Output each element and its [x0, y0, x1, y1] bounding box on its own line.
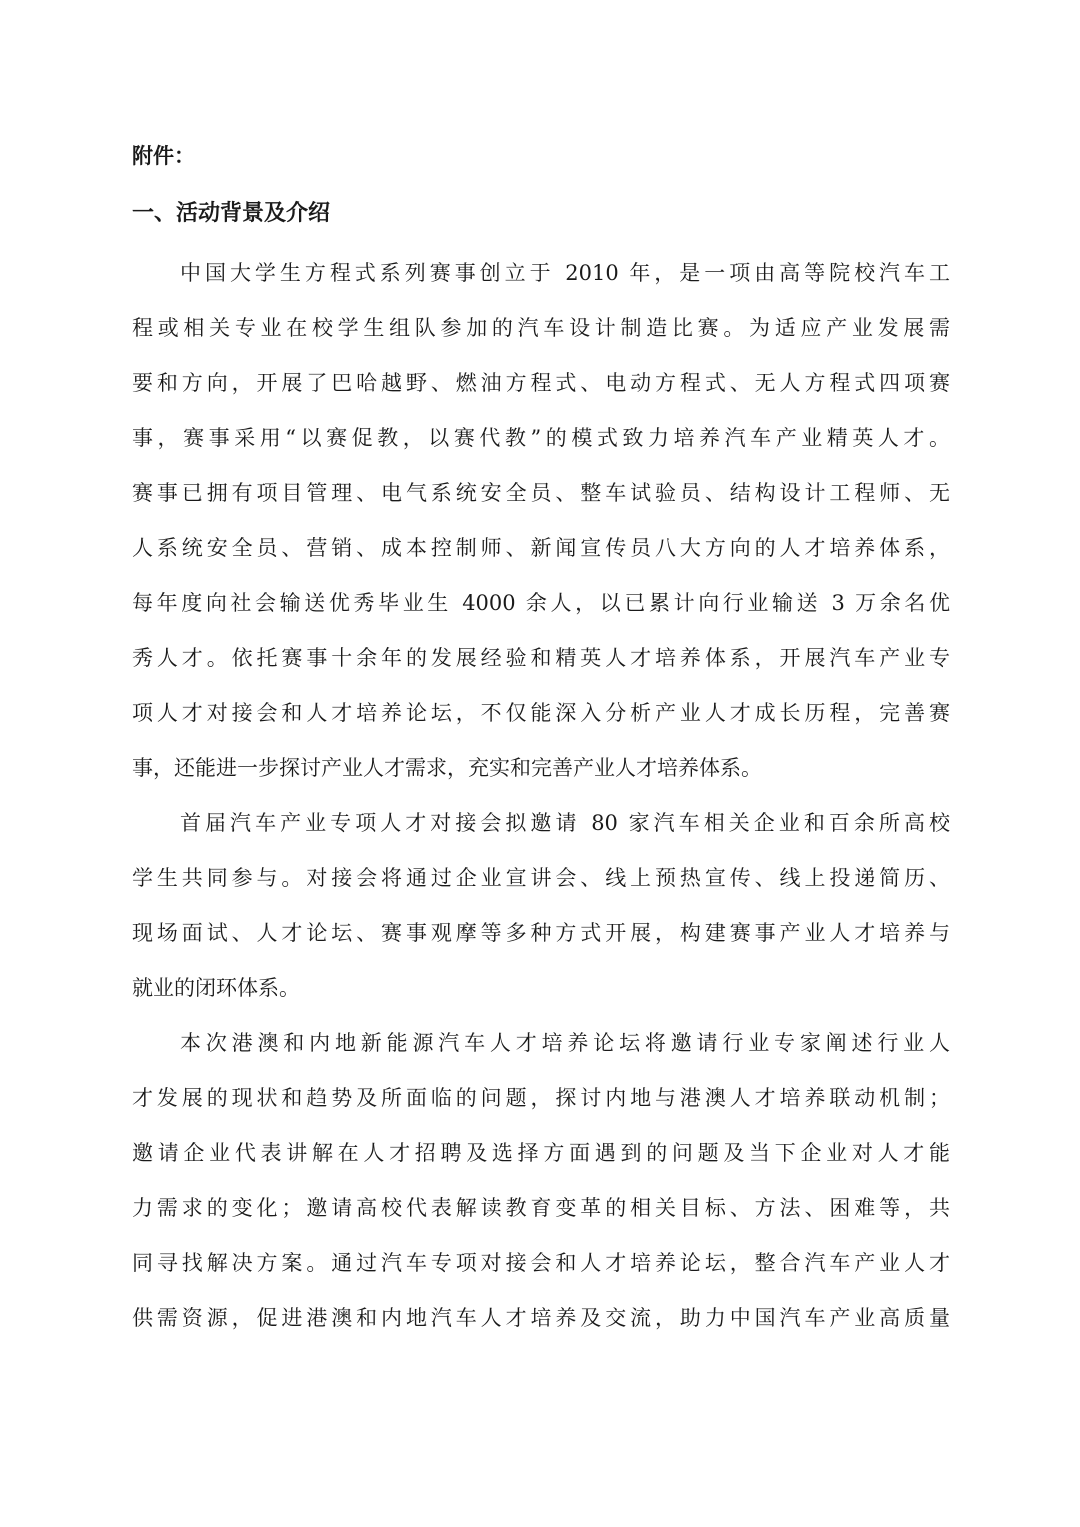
paragraph-1-line: 中国大学生方程式系列赛事创立于 2010 年，是一项由高等院校汽车工	[180, 258, 950, 288]
paragraph-3-line: 力需求的变化；邀请高校代表解读教育变革的相关目标、方法、困难等，共	[132, 1193, 950, 1223]
paragraph-3-line: 才发展的现状和趋势及所面临的问题，探讨内地与港澳人才培养联动机制；	[132, 1083, 950, 1113]
paragraph-1-line: 要和方向，开展了巴哈越野、燃油方程式、电动方程式、无人方程式四项赛	[132, 368, 950, 398]
paragraph-1-line: 程或相关专业在校学生组队参加的汽车设计制造比赛。为适应产业发展需	[132, 313, 950, 343]
paragraph-1-line: 人系统安全员、营销、成本控制师、新闻宣传员八大方向的人才培养体系，	[132, 533, 950, 563]
paragraph-2-line: 学生共同参与。对接会将通过企业宣讲会、线上预热宣传、线上投递简历、	[132, 863, 950, 893]
paragraph-3-line: 同寻找解决方案。通过汽车专项对接会和人才培养论坛，整合汽车产业人才	[132, 1248, 950, 1278]
attachment-label: 附件：	[132, 140, 195, 170]
paragraph-2-line: 就业的闭环体系。	[132, 973, 950, 1003]
paragraph-1-line: 赛事已拥有项目管理、电气系统安全员、整车试验员、结构设计工程师、无	[132, 478, 950, 508]
paragraph-1-line: 每年度向社会输送优秀毕业生 4000 余人，以已累计向行业输送 3 万余名优	[132, 588, 950, 618]
paragraph-1-line: 事，还能进一步探讨产业人才需求，充实和完善产业人才培养体系。	[132, 753, 950, 783]
paragraph-3-line: 邀请企业代表讲解在人才招聘及选择方面遇到的问题及当下企业对人才能	[132, 1138, 950, 1168]
section-heading: 一、活动背景及介绍	[132, 196, 330, 227]
paragraph-1-line: 事，赛事采用“以赛促教，以赛代教”的模式致力培养汽车产业精英人才。	[132, 423, 950, 453]
paragraph-1-line: 秀人才。依托赛事十余年的发展经验和精英人才培养体系，开展汽车产业专	[132, 643, 950, 673]
paragraph-2-line: 现场面试、人才论坛、赛事观摩等多种方式开展，构建赛事产业人才培养与	[132, 918, 950, 948]
paragraph-3-line: 本次港澳和内地新能源汽车人才培养论坛将邀请行业专家阐述行业人	[180, 1028, 950, 1058]
document-page: 附件： 一、活动背景及介绍 中国大学生方程式系列赛事创立于 2010 年，是一项…	[0, 0, 1080, 1527]
paragraph-2-line: 首届汽车产业专项人才对接会拟邀请 80 家汽车相关企业和百余所高校	[180, 808, 950, 838]
paragraph-1-line: 项人才对接会和人才培养论坛，不仅能深入分析产业人才成长历程，完善赛	[132, 698, 950, 728]
paragraph-3-line: 供需资源，促进港澳和内地汽车人才培养及交流，助力中国汽车产业高质量	[132, 1303, 950, 1333]
